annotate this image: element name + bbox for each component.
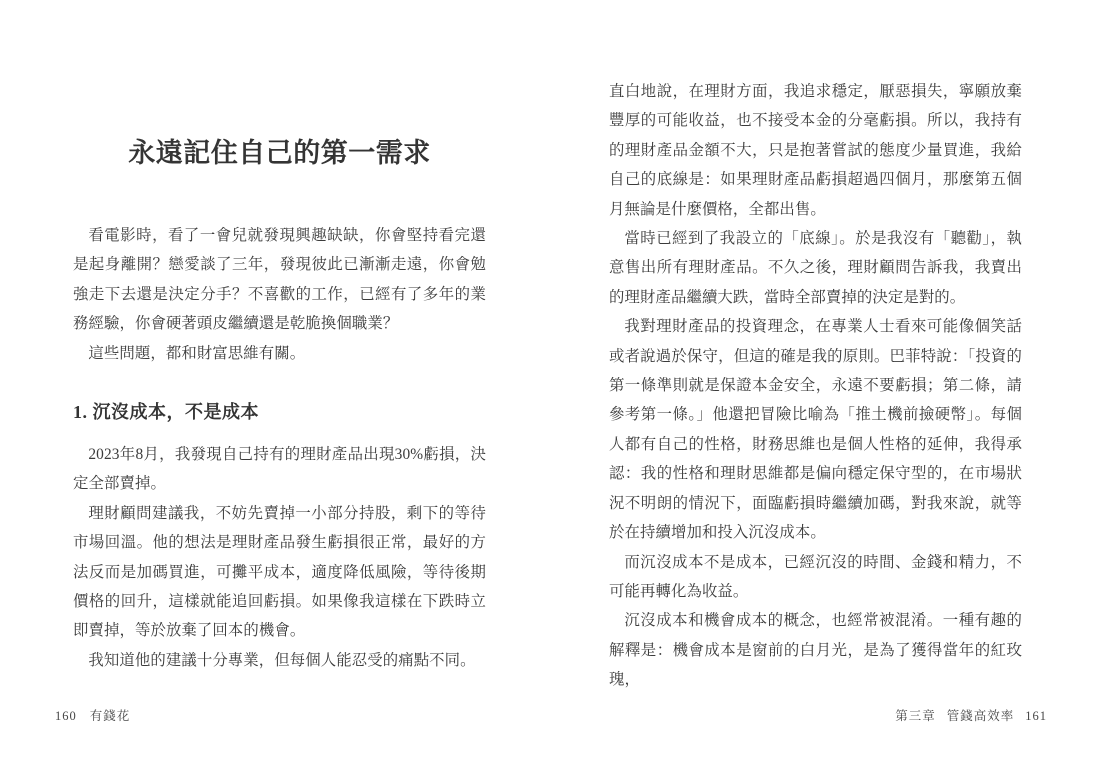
paragraph: 而沉沒成本不是成本，已經沉沒的時間、金錢和精力，不可能再轉化為收益。	[609, 548, 1022, 607]
left-page-footer: 160 有錢花	[55, 706, 130, 724]
chapter-title: 永遠記住自己的第一需求	[73, 131, 486, 170]
paragraph: 理財顧問建議我，不妨先賣掉一小部分持股，剩下的等待市場回溫。他的想法是理財產品發…	[73, 499, 486, 646]
chapter-label: 第三章	[895, 706, 936, 724]
paragraph: 看電影時，看了一會兒就發現興趣缺缺，你會堅持看完還是起身離開？戀愛談了三年，發現…	[73, 221, 486, 339]
paragraph: 直白地說，在理財方面，我追求穩定，厭惡損失，寧願放棄豐厚的可能收益，也不接受本金…	[609, 77, 1022, 224]
paragraph: 2023年8月，我發現自己持有的理財產品出現30%虧損，決定全部賣掉。	[73, 440, 486, 499]
right-page-body: 直白地說，在理財方面，我追求穩定，厭惡損失，寧願放棄豐厚的可能收益，也不接受本金…	[609, 77, 1022, 695]
book-title: 有錢花	[90, 706, 131, 724]
paragraph: 這些問題，都和財富思維有關。	[73, 339, 486, 368]
right-page-footer: 第三章 管錢高效率 161	[895, 706, 1047, 724]
left-page-body: 看電影時，看了一會兒就發現興趣缺缺，你會堅持看完還是起身離開？戀愛談了三年，發現…	[73, 221, 486, 675]
book-spread: 永遠記住自己的第一需求 看電影時，看了一會兒就發現興趣缺缺，你會堅持看完還是起身…	[0, 0, 1100, 780]
right-page: 直白地說，在理財方面，我追求穩定，厭惡損失，寧願放棄豐厚的可能收益，也不接受本金…	[609, 0, 1022, 780]
chapter-title-footer: 管錢高效率	[947, 706, 1015, 724]
section-heading: 1. 沉沒成本，不是成本	[73, 398, 486, 426]
paragraph: 當時已經到了我設立的「底線」。於是我沒有「聽勸」，執意售出所有理財產品。不久之後…	[609, 224, 1022, 312]
paragraph: 我對理財產品的投資理念，在專業人士看來可能像個笑話或者說過於保守，但這的確是我的…	[609, 312, 1022, 547]
left-page: 永遠記住自己的第一需求 看電影時，看了一會兒就發現興趣缺缺，你會堅持看完還是起身…	[73, 0, 486, 780]
paragraph: 我知道他的建議十分專業，但每個人能忍受的痛點不同。	[73, 646, 486, 675]
page-number-left: 160	[55, 709, 77, 724]
page-number-right: 161	[1025, 709, 1047, 724]
paragraph: 沉沒成本和機會成本的概念，也經常被混淆。一種有趣的解釋是：機會成本是窗前的白月光…	[609, 606, 1022, 694]
